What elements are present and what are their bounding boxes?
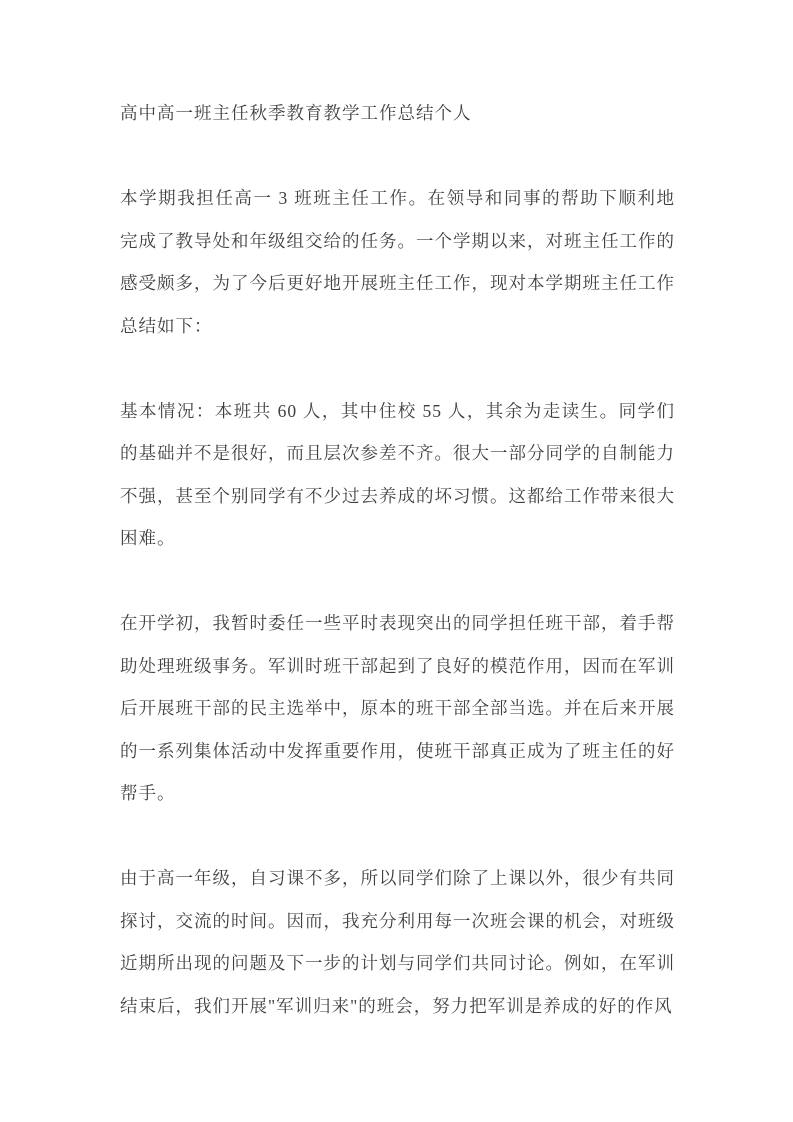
paragraph-intro: 本学期我担任高一 3 班班主任工作。在领导和同事的帮助下顺利地完成了教导处和年级…	[120, 177, 675, 347]
paragraph-class-cadres: 在开学初，我暂时委任一些平时表现突出的同学担任班干部，着手帮助处理班级事务。军训…	[120, 602, 675, 815]
document-title: 高中高一班主任秋季教育教学工作总结个人	[120, 92, 675, 135]
paragraph-class-meetings: 由于高一年级，自习课不多，所以同学们除了上课以外，很少有共同探讨，交流的时间。因…	[120, 857, 675, 1027]
paragraph-basic-situation: 基本情况：本班共 60 人，其中住校 55 人，其余为走读生。同学们的基础并不是…	[120, 390, 675, 560]
document-page: 高中高一班主任秋季教育教学工作总结个人 本学期我担任高一 3 班班主任工作。在领…	[0, 0, 793, 1122]
